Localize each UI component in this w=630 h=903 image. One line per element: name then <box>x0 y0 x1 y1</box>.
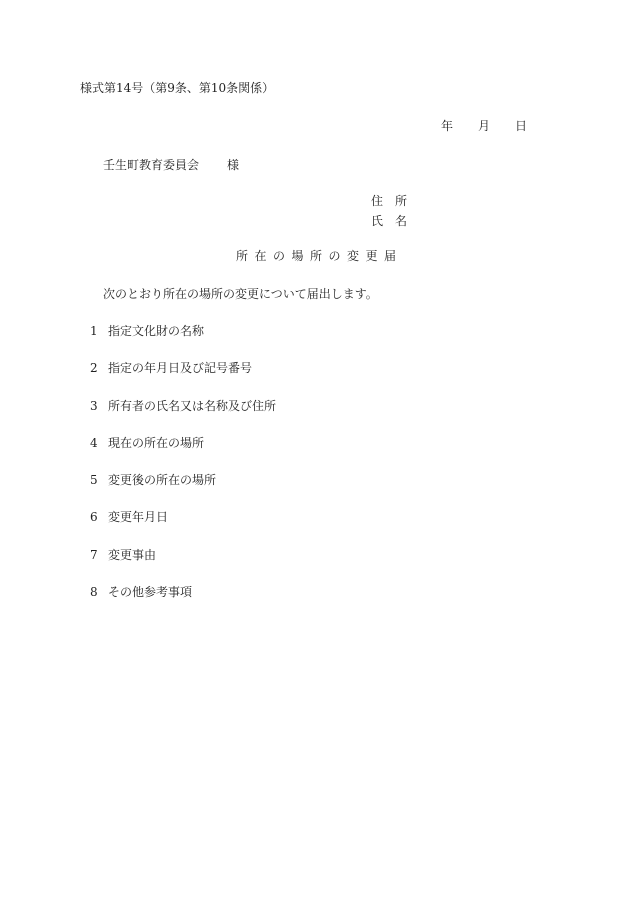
item-list: 1指定文化財の名称 2指定の年月日及び記号番号 3所有者の氏名又は名称及び住所 … <box>90 324 276 622</box>
list-item: 6変更年月日 <box>90 510 276 547</box>
item-number: 7 <box>90 548 108 562</box>
applicant-block: 住所 氏名 <box>371 194 419 234</box>
item-label: 変更年月日 <box>108 510 168 524</box>
list-item: 4現在の所在の場所 <box>90 436 276 473</box>
applicant-address-label: 住所 <box>371 194 419 208</box>
list-item: 2指定の年月日及び記号番号 <box>90 361 276 398</box>
item-label: 現在の所在の場所 <box>108 436 204 450</box>
item-label: 変更事由 <box>108 548 156 562</box>
date-month-label: 月 <box>478 119 490 133</box>
item-number: 8 <box>90 585 108 599</box>
document-title: 所在の場所の変更届 <box>236 249 403 263</box>
item-label: 所有者の氏名又は名称及び住所 <box>108 399 276 413</box>
date-line: 年月日 <box>441 119 527 133</box>
form-number: 様式第14号（第9条、第10条関係） <box>80 81 274 95</box>
intro-text: 次のとおり所在の場所の変更について届出します。 <box>103 287 378 301</box>
item-label: 指定の年月日及び記号番号 <box>108 361 252 375</box>
list-item: 7変更事由 <box>90 548 276 585</box>
list-item: 5変更後の所在の場所 <box>90 473 276 510</box>
item-label: 指定文化財の名称 <box>108 324 204 338</box>
list-item: 1指定文化財の名称 <box>90 324 276 361</box>
addressee-honorific: 様 <box>227 158 239 172</box>
item-number: 5 <box>90 473 108 487</box>
item-number: 1 <box>90 324 108 338</box>
date-day-label: 日 <box>515 119 527 133</box>
list-item: 8その他参考事項 <box>90 585 276 622</box>
addressee-name: 壬生町教育委員会 <box>103 158 199 172</box>
item-number: 6 <box>90 510 108 524</box>
item-number: 2 <box>90 361 108 375</box>
addressee: 壬生町教育委員会様 <box>103 158 239 172</box>
item-number: 4 <box>90 436 108 450</box>
date-year-label: 年 <box>441 119 453 133</box>
list-item: 3所有者の氏名又は名称及び住所 <box>90 399 276 436</box>
item-label: その他参考事項 <box>108 585 192 599</box>
applicant-name-label: 氏名 <box>371 214 419 228</box>
item-number: 3 <box>90 399 108 413</box>
item-label: 変更後の所在の場所 <box>108 473 216 487</box>
